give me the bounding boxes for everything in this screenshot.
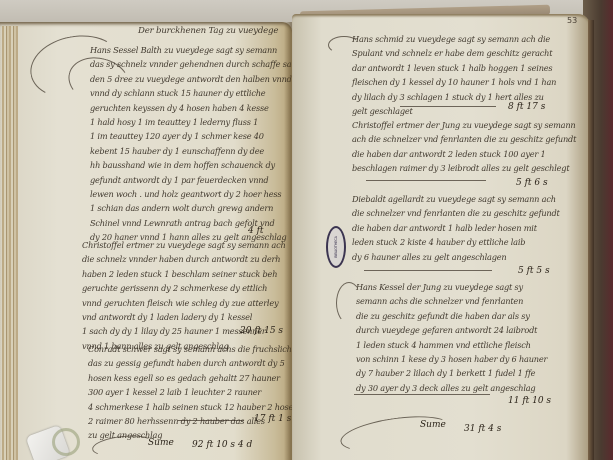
ruled-line: [364, 270, 492, 271]
entry-line: die haben dar antwordt 2 leden stuck 100…: [352, 147, 576, 161]
entry-line: Hans schmid zu vueydege sagt sy semann a…: [352, 32, 556, 46]
entry-line: vnnd geruchten fleisch wie schleg dy zue…: [82, 296, 286, 310]
right-page-edge: [588, 20, 594, 460]
ruled-line: [178, 420, 244, 421]
entry-line: den 5 dree zu vueydege antwordt den halb…: [90, 72, 299, 86]
entry-line: kebent 15 hauber dy 1 eunschaffenn dy de…: [90, 144, 299, 158]
stamp-text: BIBLIOTHECA: [334, 236, 338, 258]
entry-line: die haben dar antwordt 1 halb leder hose…: [352, 221, 560, 235]
left-entry-3: Conradt schwer sagt sy semann achs die f…: [88, 342, 298, 443]
entry-line: dy 7 hauber 2 lilach dy 1 berkett 1 fude…: [356, 366, 547, 380]
entry-line: durch vueydege gefaren antwordt 24 laibr…: [356, 323, 547, 337]
left-entry-1: Hans Sessel Balth zu vueydege sagt sy se…: [90, 43, 299, 245]
total-value: 92 ft 10 s 4 d: [192, 440, 252, 450]
entry-line: 300 ayer 1 kessel 2 laib 1 leuchter 2 ra…: [88, 385, 298, 399]
entry-sum: 20 ft 15 s: [240, 326, 283, 336]
entry-line: Schinel vnnd Lewnrath antrag bach gefolt…: [90, 216, 299, 230]
entry-line: das zu gessig gefundt haben durch antwor…: [88, 356, 298, 370]
library-stamp: BIBLIOTHECA: [326, 226, 346, 268]
entry-line: 1 hald hosy 1 im teauttey 1 lederny flus…: [90, 115, 299, 129]
entry-line: gefundt antwordt dy 1 par feuerdecken vn…: [90, 173, 299, 187]
right-entry-2: Christoffel ertmer der Jung zu vueydege …: [352, 118, 576, 176]
entry-line: geruchten keyssen dy 4 hosen haben 4 kes…: [90, 101, 299, 115]
entry-line: Hans Sessel Balth zu vueydege sagt sy se…: [90, 43, 299, 57]
left-page-heading: Der burckhenen Tag zu vueydege: [138, 24, 278, 38]
entry-line: haben 2 leden stuck 1 beschlam seiner st…: [82, 267, 286, 281]
right-entry-3: Diebaldt agellardt zu vueydege sagt sy s…: [352, 192, 560, 264]
entry-line: Hans Kessel der Jung zu vueydege sagt sy: [356, 280, 547, 294]
entry-line: Christoffel ertmer der Jung zu vueydege …: [352, 118, 576, 132]
ruled-line: [400, 106, 496, 107]
left-page-edges: [2, 26, 18, 460]
total-value: 31 ft 4 s: [464, 424, 501, 434]
entry-line: Christoffel ertmer zu vueydege sagt sy s…: [82, 238, 286, 252]
heading-text: Der burckhenen Tag zu vueydege: [138, 24, 278, 38]
total-label: Sume: [148, 438, 174, 448]
entry-line: 1 schian das andern wolt durch grewg and…: [90, 201, 299, 215]
ruled-line: [366, 180, 486, 181]
entry-line: Conradt schwer sagt sy semann achs die f…: [88, 342, 298, 356]
entry-sum: 4 ft: [248, 226, 264, 236]
entry-sum: 5 ft 6 s: [516, 178, 548, 188]
entry-line: semann achs die schnelzer vnd fenrlanten: [356, 294, 547, 308]
entry-line: 1 leden stuck 4 hammen vnd ettliche flei…: [356, 338, 547, 352]
entry-line: dar antwordt 1 leven stuck 1 halb hoggen…: [352, 61, 556, 75]
entry-line: Spulant vnd schnelz er habe dem geschitz…: [352, 46, 556, 60]
entry-line: 4 schmerkese 1 halb seinen stuck 12 haub…: [88, 400, 298, 414]
entry-line: dy 6 hauner alles zu gelt angeschlagen: [352, 250, 560, 264]
entry-line: hh bausshand wie in dem hoffen schauenck…: [90, 158, 299, 172]
entry-line: die schnelzer vnd fenrlanten die zu gesc…: [352, 206, 560, 220]
entry-line: die zu geschitz gefundt die haben dar al…: [356, 309, 547, 323]
right-entry-4: Hans Kessel der Jung zu vueydege sagt sy…: [356, 280, 547, 395]
entry-line: beschlagen raimer dy 3 leibrodt alles zu…: [352, 161, 576, 175]
ruled-line: [354, 394, 490, 395]
folio-number: 53: [567, 16, 577, 25]
entry-line: fleischen dy 1 kessel dy 10 hauner 1 hol…: [352, 75, 556, 89]
entry-line: leden stuck 2 kiste 4 hauber dy ettliche…: [352, 235, 560, 249]
entry-line: von schinn 1 kese dy 3 hosen haber dy 6 …: [356, 352, 547, 366]
entry-sum: 11 ft 10 s: [508, 396, 551, 406]
total-label: Sume: [420, 420, 446, 430]
entry-line: die schnelz vnnder haben durch antwordt …: [82, 252, 286, 266]
entry-sum: 5 ft 5 s: [518, 266, 550, 276]
entry-line: geruchte gerissenn dy 2 schmerkese dy et…: [82, 281, 286, 295]
entry-sum: 8 ft 17 s: [508, 102, 545, 112]
clip-ring: [52, 428, 80, 456]
entry-line: 1 im teauttey 120 ayer dy 1 schmer kese …: [90, 129, 299, 143]
entry-line: das sy schnelz vnnder gehendnen durch sc…: [90, 57, 299, 71]
entry-line: Diebaldt agellardt zu vueydege sagt sy s…: [352, 192, 560, 206]
entry-line: hosen kess egell so es gedach gehaltt 27…: [88, 371, 298, 385]
entry-line: vnnd dy schlann stuck 15 hauner dy ettli…: [90, 86, 299, 100]
entry-line: lewen woch . und holz geantwort dy 2 hoe…: [90, 187, 299, 201]
entry-line: ach die schnelzer vnd fenrlanten die zu …: [352, 132, 576, 146]
entry-line: vnd antwordt dy 1 laden ladery dy 1 kess…: [82, 310, 286, 324]
